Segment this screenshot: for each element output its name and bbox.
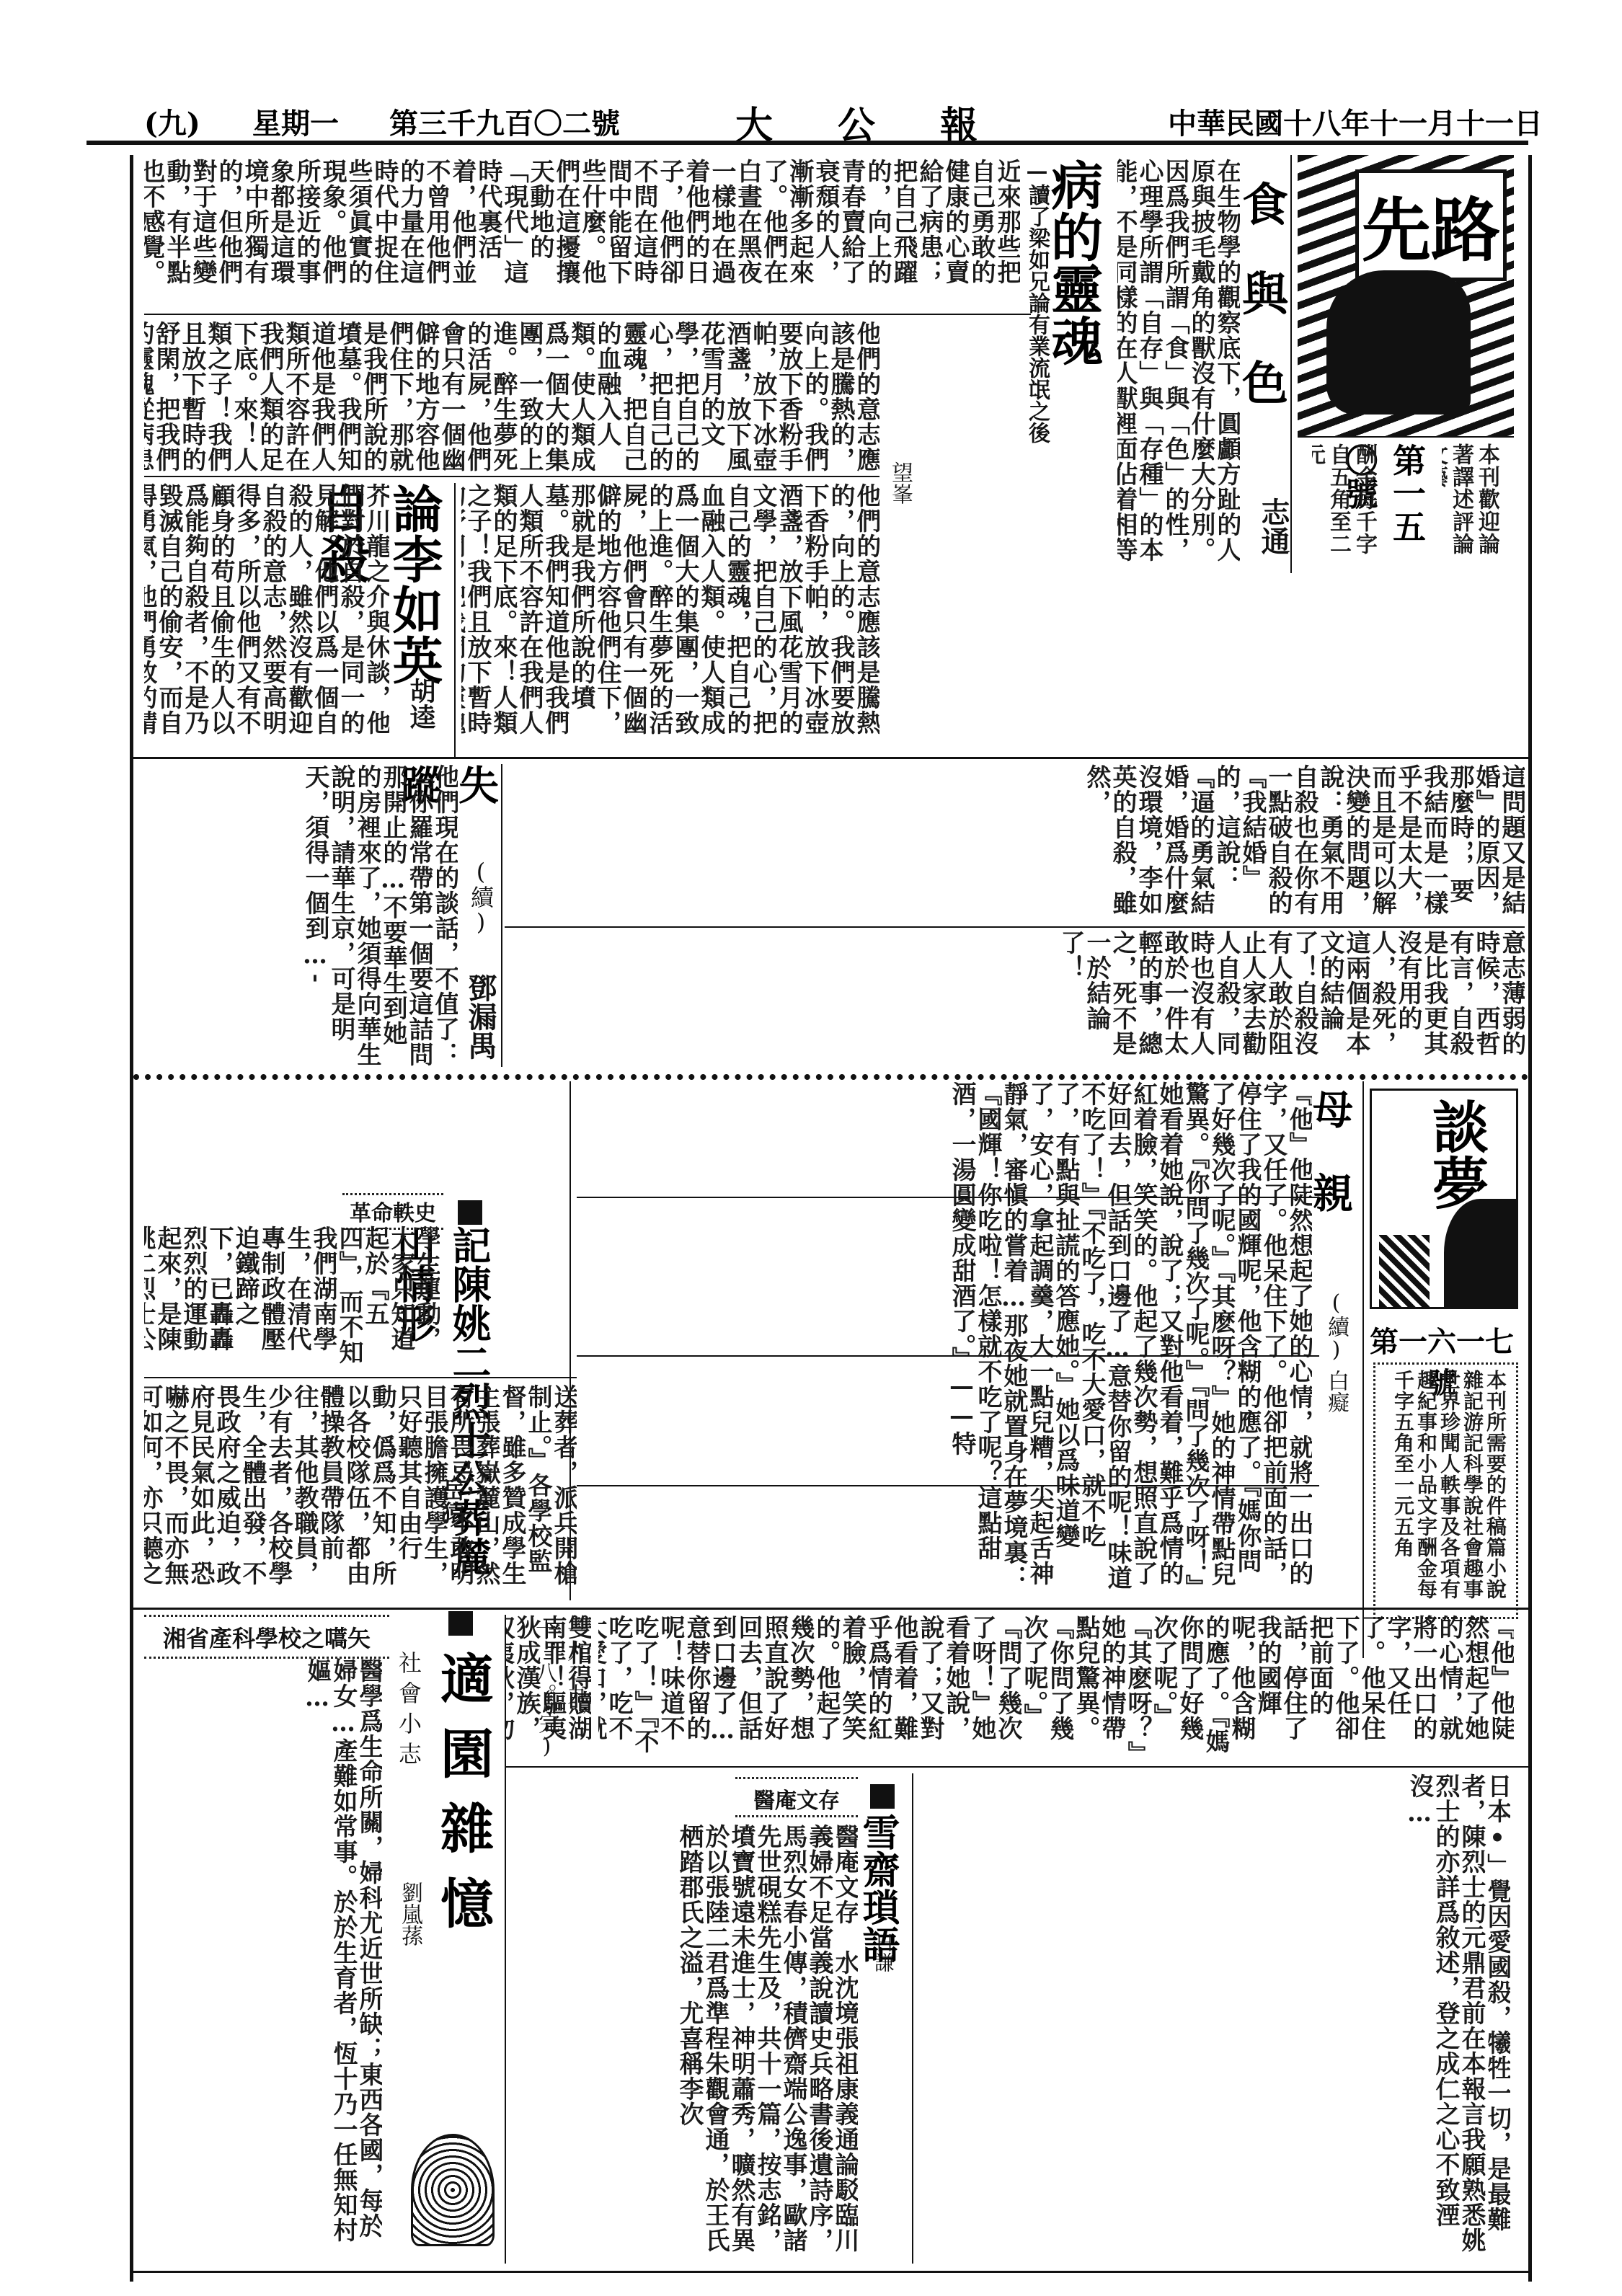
bing-de-linghun-continued: 他們的意志應該是騰熱的，向上的。我們要放下香粉手帕，放下冰壺酒盞，放下風花雪月的… [461,483,879,757]
shi-yu-se-title: 食與色 [1244,180,1294,505]
li-ruying-author: 胡逵 [404,678,440,757]
bing-de-linghun-author: 望峯 [887,461,916,519]
row3-bottom-rule [133,1608,1528,1610]
tanmeng-title: 談夢 [1415,1098,1496,1210]
left-border [130,155,133,2282]
shiyuan-subhead: 湘省產科學校之嚆矢 [148,1621,386,1654]
header-date: 中華民國十八年十一月十一日 [1168,101,1543,142]
xuezhai-author: 日謙 [869,1932,898,1990]
row4-mid-rule [505,1766,1528,1768]
row1-mid-rule [144,314,1031,315]
tanmeng-divider [1362,1081,1364,1658]
xianlu-notice: 本刊歡迎論著譯述評論文藝 [1442,443,1499,566]
shizong-continued-mark: (續) [469,858,497,916]
column-illustration [1379,1235,1430,1307]
shizong-title: 失蹤 [461,764,505,865]
shiyuan-author: 劉嵐蓀 [396,1881,425,1954]
muqin-body-ending: 『他』他陡然想起了她的心情，就將一出口的字，又任了。他呆住下了。他卻把前面的話，… [598,1615,1514,1759]
page-bottom-rule [133,2271,1528,2273]
row1-lower-rule [144,476,879,477]
header-page-number: (九) [144,101,200,142]
row2-upper-rule [505,926,1525,928]
tanmeng-masthead: 談夢 [1370,1089,1518,1309]
xianlu-masthead: 先路 [1298,155,1514,436]
chen-yao-body-lower: 送葬者，派兵開槍制止。』各學校監督，雖多贊成學生主張葬嶽麓山，然有所畏忌，不敢明… [144,1384,577,1600]
xuezhai-body: 日本•」覺因愛國殺，犧牲一切，是最難者，陳烈士的元鼎君前在本報言我願熟悉姚烈士的… [919,1773,1510,2264]
muqin-rule-1 [577,1197,1319,1198]
muqin-continued-mark: (續) [1323,1290,1352,1341]
yian-wencun-label: 醫庵文存 [739,1783,854,1814]
muqin-rule-3 [577,1485,1319,1486]
muqin-body: 『他』他陡然想起了她的心情，就將一出口的字，又任了。他呆住下了。他卻把前面的話，… [577,1081,1312,1593]
li-ruying-conclusion: 意志薄弱的時候，西哲有言，自殺是比我更其沒有用的人，殺死，這兩個是本文的結論了！… [505,930,1525,1067]
xuezhai-divider [912,1773,913,2264]
li-ruying-body: 芥川龍之介與休談，他們對於自殺，是同一的見解。他們以爲一個自殺的人，雖然沒有歡迎… [144,483,389,757]
xianlu-info-rule [1298,436,1514,438]
li-ruying-divider [454,483,456,757]
muqin-author: 白癡 [1323,1370,1352,1427]
horse-rider-illustration [1326,270,1471,415]
shi-yu-se-author: 志通 [1251,497,1294,577]
geming-yishi-label: 革命軼史 [346,1195,440,1227]
muqin-rule-2 [577,1355,1319,1357]
shiyuan-section: 社會小志 [389,1651,425,1781]
bing-de-linghun-subtitle: —讀了梁如兄論有業流氓之後 [1024,159,1052,447]
xuezhai-body-lower: 醫庵文存 水沈境張祖康義通論駁臨川義婦不足當義說讀史兵略書後遺詩序，馬烈女春小傳… [512,1824,858,2264]
header-issue-number: 第三千九百〇二號 [389,101,620,142]
shizong-author: 鄧漏禺 [465,973,501,1060]
section-bullet-icon [458,1200,482,1225]
row1-bottom-rule [133,757,1528,759]
ornamental-divider [133,1074,1528,1080]
section-bullet-icon [448,1611,473,1636]
muqin-date: 一九二九，十，八。 [562,1618,591,1763]
right-border [1528,155,1532,2282]
flower-ornament-icon [411,2134,495,2246]
bing-de-linghun-title: 病的靈魂 [1052,159,1110,375]
page-header: (九) 星期一 第三千九百〇二號 大公報 中華民國十八年十一月十一日 [0,101,1622,137]
xianlu-fee: 酬金每千字自五角至二元 [1312,443,1377,566]
xianlu-issue: 第一五〇號 [1388,443,1431,573]
muqin-title: 母親 [1316,1089,1359,1290]
header-weekday: 星期一 [252,101,339,142]
chen-yao-body: 學生運動，大家只知道起於『五四』，而不知我們湖南學生，在清代專制政體壓迫鐵蹄之下… [144,1225,440,1370]
bing-de-linghun-body: 近來那些把自己勇敢的健康的心賣給了病患；把自己飛躍的，向上的青春賣給了衰頹的人，… [144,159,1020,306]
shiyuan-divider [505,1615,506,2264]
chen-yao-rule [144,1377,577,1378]
section-bullet-icon [870,1784,895,1809]
bing-de-linghun-body-lower: 他們的意志應該是騰熱的，向上的。我們要放下香粉手帕，放下冰壺酒盞，放下風花雪月的… [144,321,879,472]
header-rule [87,141,1528,145]
shi-yu-se-body: 在生物學的觀察底下，圓顱方趾的人原與披毛戴角的獸沒有什麼大分別。因爲我們所謂「食… [1117,159,1240,577]
li-ruying-body-continued: 這問題又是結婚』的原因，那麼時，，要我結而是一樣乎不是太大，而且是可以解決變的問… [649,764,1525,923]
muqin-end-mark: (完) [533,1687,562,1759]
shiyuan-body: 醫學爲生命所關，婦科尤近世所缺；東西各國，每於婦女…產難如常事。於於生育者，恆十… [144,1658,382,2249]
xianlu-title: 先路 [1355,169,1507,281]
face-illustration [1444,1199,1516,1307]
shizong-body: 他們現在的談話，不值了：『你羅常帶第一個要這詰問那開止的…不要華生到她的房裡來了… [144,764,458,1067]
shiyuan-title: 適園雜憶 [436,1651,501,1954]
tanmeng-notice: 本刊所需要的件稿篇小說雜記游記科學說社會趣事世界珍聞人軼事及各項有趣紀事和小品文… [1381,1370,1507,1608]
